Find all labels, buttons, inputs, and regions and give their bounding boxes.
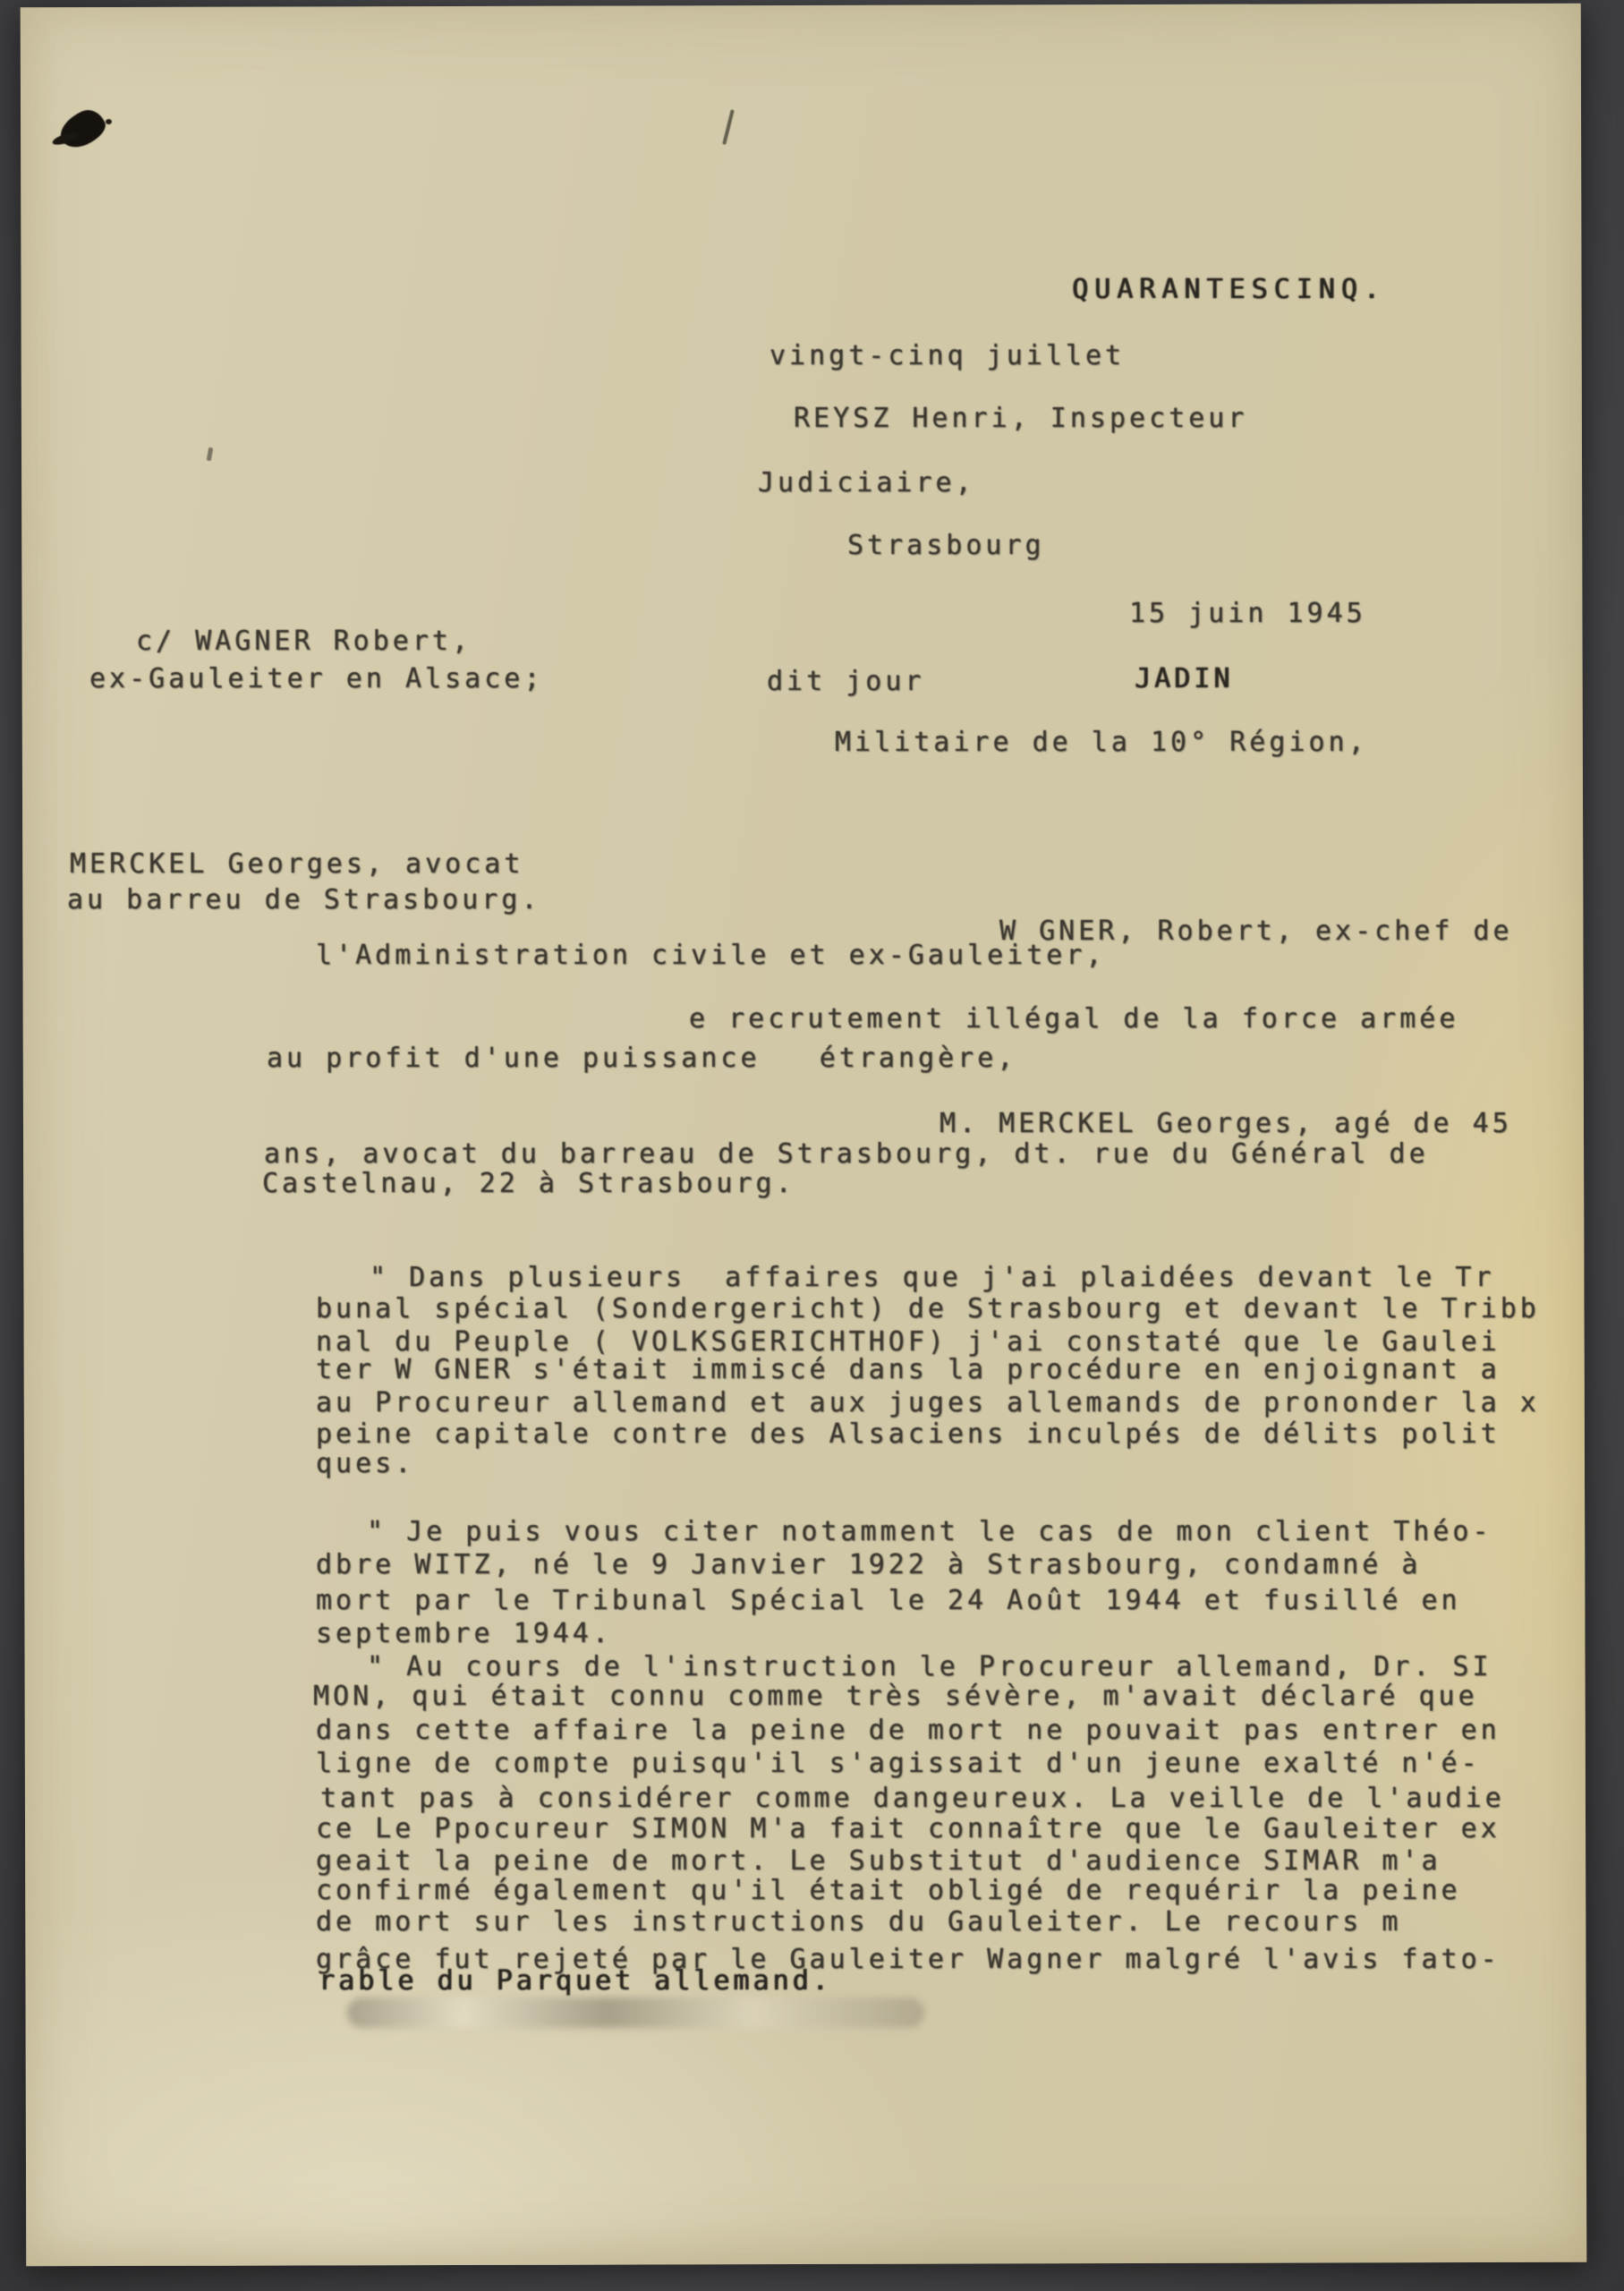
deposition-p1-line4: ter W GNER s'était immiscé dans la procé… (316, 1354, 1501, 1386)
page-number-word: QUARANTESCINQ. (1072, 274, 1386, 306)
deposition-p3-line5: tant pas à considérer comme dangeureux. … (320, 1783, 1505, 1815)
charge-line2: au profit d'une puissance étrangère, (267, 1043, 1016, 1075)
header-magistrate: JADIN (1135, 663, 1233, 695)
deposition-p3-line8: confirmé également qu'il était obligé de… (316, 1875, 1461, 1907)
deposition-p2-line2: dbre WITZ, né le 9 Janvier 1922 à Strasb… (316, 1549, 1421, 1581)
deposition-p3-line7: geait la peine de mort. Le Substitut d'a… (316, 1845, 1441, 1878)
ink-blot (55, 105, 110, 153)
ink-blot-dot (106, 119, 112, 124)
header-inspector: REYSZ Henri, Inspecteur (794, 403, 1247, 435)
header-hearing: dit jour (767, 666, 925, 698)
deposition-p3-line6: ce Le Ppocureur SIMON M'a fait connaître… (316, 1813, 1501, 1845)
header-tribunal: Militaire de la 10° Région, (835, 727, 1368, 759)
deposition-p2-line1: " Je puis vous citer notamment le cas de… (367, 1516, 1492, 1548)
typewritten-ink-layer: QUARANTESCINQ. vingt-cinq juillet REYSZ … (0, 0, 1624, 2291)
deposition-p2-line4: septembre 1944. (316, 1618, 612, 1650)
erased-text-smudge (347, 1997, 924, 2028)
case-reference-line2: ex-Gauleiter en Alsace; (89, 663, 543, 695)
header-city: Strasbourg (847, 530, 1045, 562)
deposition-p1-line6: peine capitale contre des Alsaciens incu… (316, 1418, 1501, 1451)
stray-apostrophe-mark (207, 447, 214, 462)
identity-line3: Castelnau, 22 à Strasbourg. (262, 1168, 795, 1200)
deposition-p1-line1: " Dans plusieurs affaires que j'ai plaid… (370, 1262, 1495, 1294)
stray-slash-mark (722, 109, 735, 145)
deposition-p3-line2: MON, qui était connu comme très sévère, … (313, 1681, 1478, 1713)
deposition-p3-line3: dans cette affaire la peine de mort ne p… (316, 1715, 1501, 1747)
identity-line1: M. MERCKEL Georges, agé de 45 (940, 1108, 1512, 1140)
deposition-p3-line9: de mort sur les instructions du Gauleite… (316, 1906, 1401, 1938)
case-reference-line1: c/ WAGNER Robert, (136, 626, 472, 658)
deposition-p3-line11: rable du Parquet allemand. (319, 1965, 832, 1997)
deposition-p1-line2: bunal spécial (Sondergericht) de Strasbo… (316, 1293, 1540, 1325)
header-written-date: vingt-cinq juillet (769, 340, 1125, 372)
deposition-p3-line4: ligne de compte puisqu'il s'agissait d'u… (316, 1748, 1481, 1780)
charge-line1: e recrutement illégal de la force armée (689, 1003, 1458, 1035)
header-service: Judiciaire, (758, 467, 975, 499)
deposition-p3-line1: " Au cours de l'instruction le Procureur… (367, 1651, 1492, 1683)
deposition-p1-line5: au Procureur allemand et aux juges allem… (316, 1387, 1540, 1419)
photo-backdrop: QUARANTESCINQ. vingt-cinq juillet REYSZ … (0, 0, 1624, 2291)
identity-line2: ans, avocat du barreau de Strasbourg, dt… (264, 1138, 1429, 1171)
accused-title-line: l'Administration civile et ex-Gauleiter, (316, 940, 1105, 972)
header-date: 15 juin 1945 (1129, 598, 1366, 630)
deposition-p1-line7: ques. (316, 1448, 414, 1480)
deposition-p2-line3: mort par le Tribunal Spécial le 24 Août … (316, 1585, 1461, 1617)
witness-name-line: MERCKEL Georges, avocat (70, 848, 523, 881)
witness-bar-line: au barreu de Strasbourg. (67, 884, 540, 916)
